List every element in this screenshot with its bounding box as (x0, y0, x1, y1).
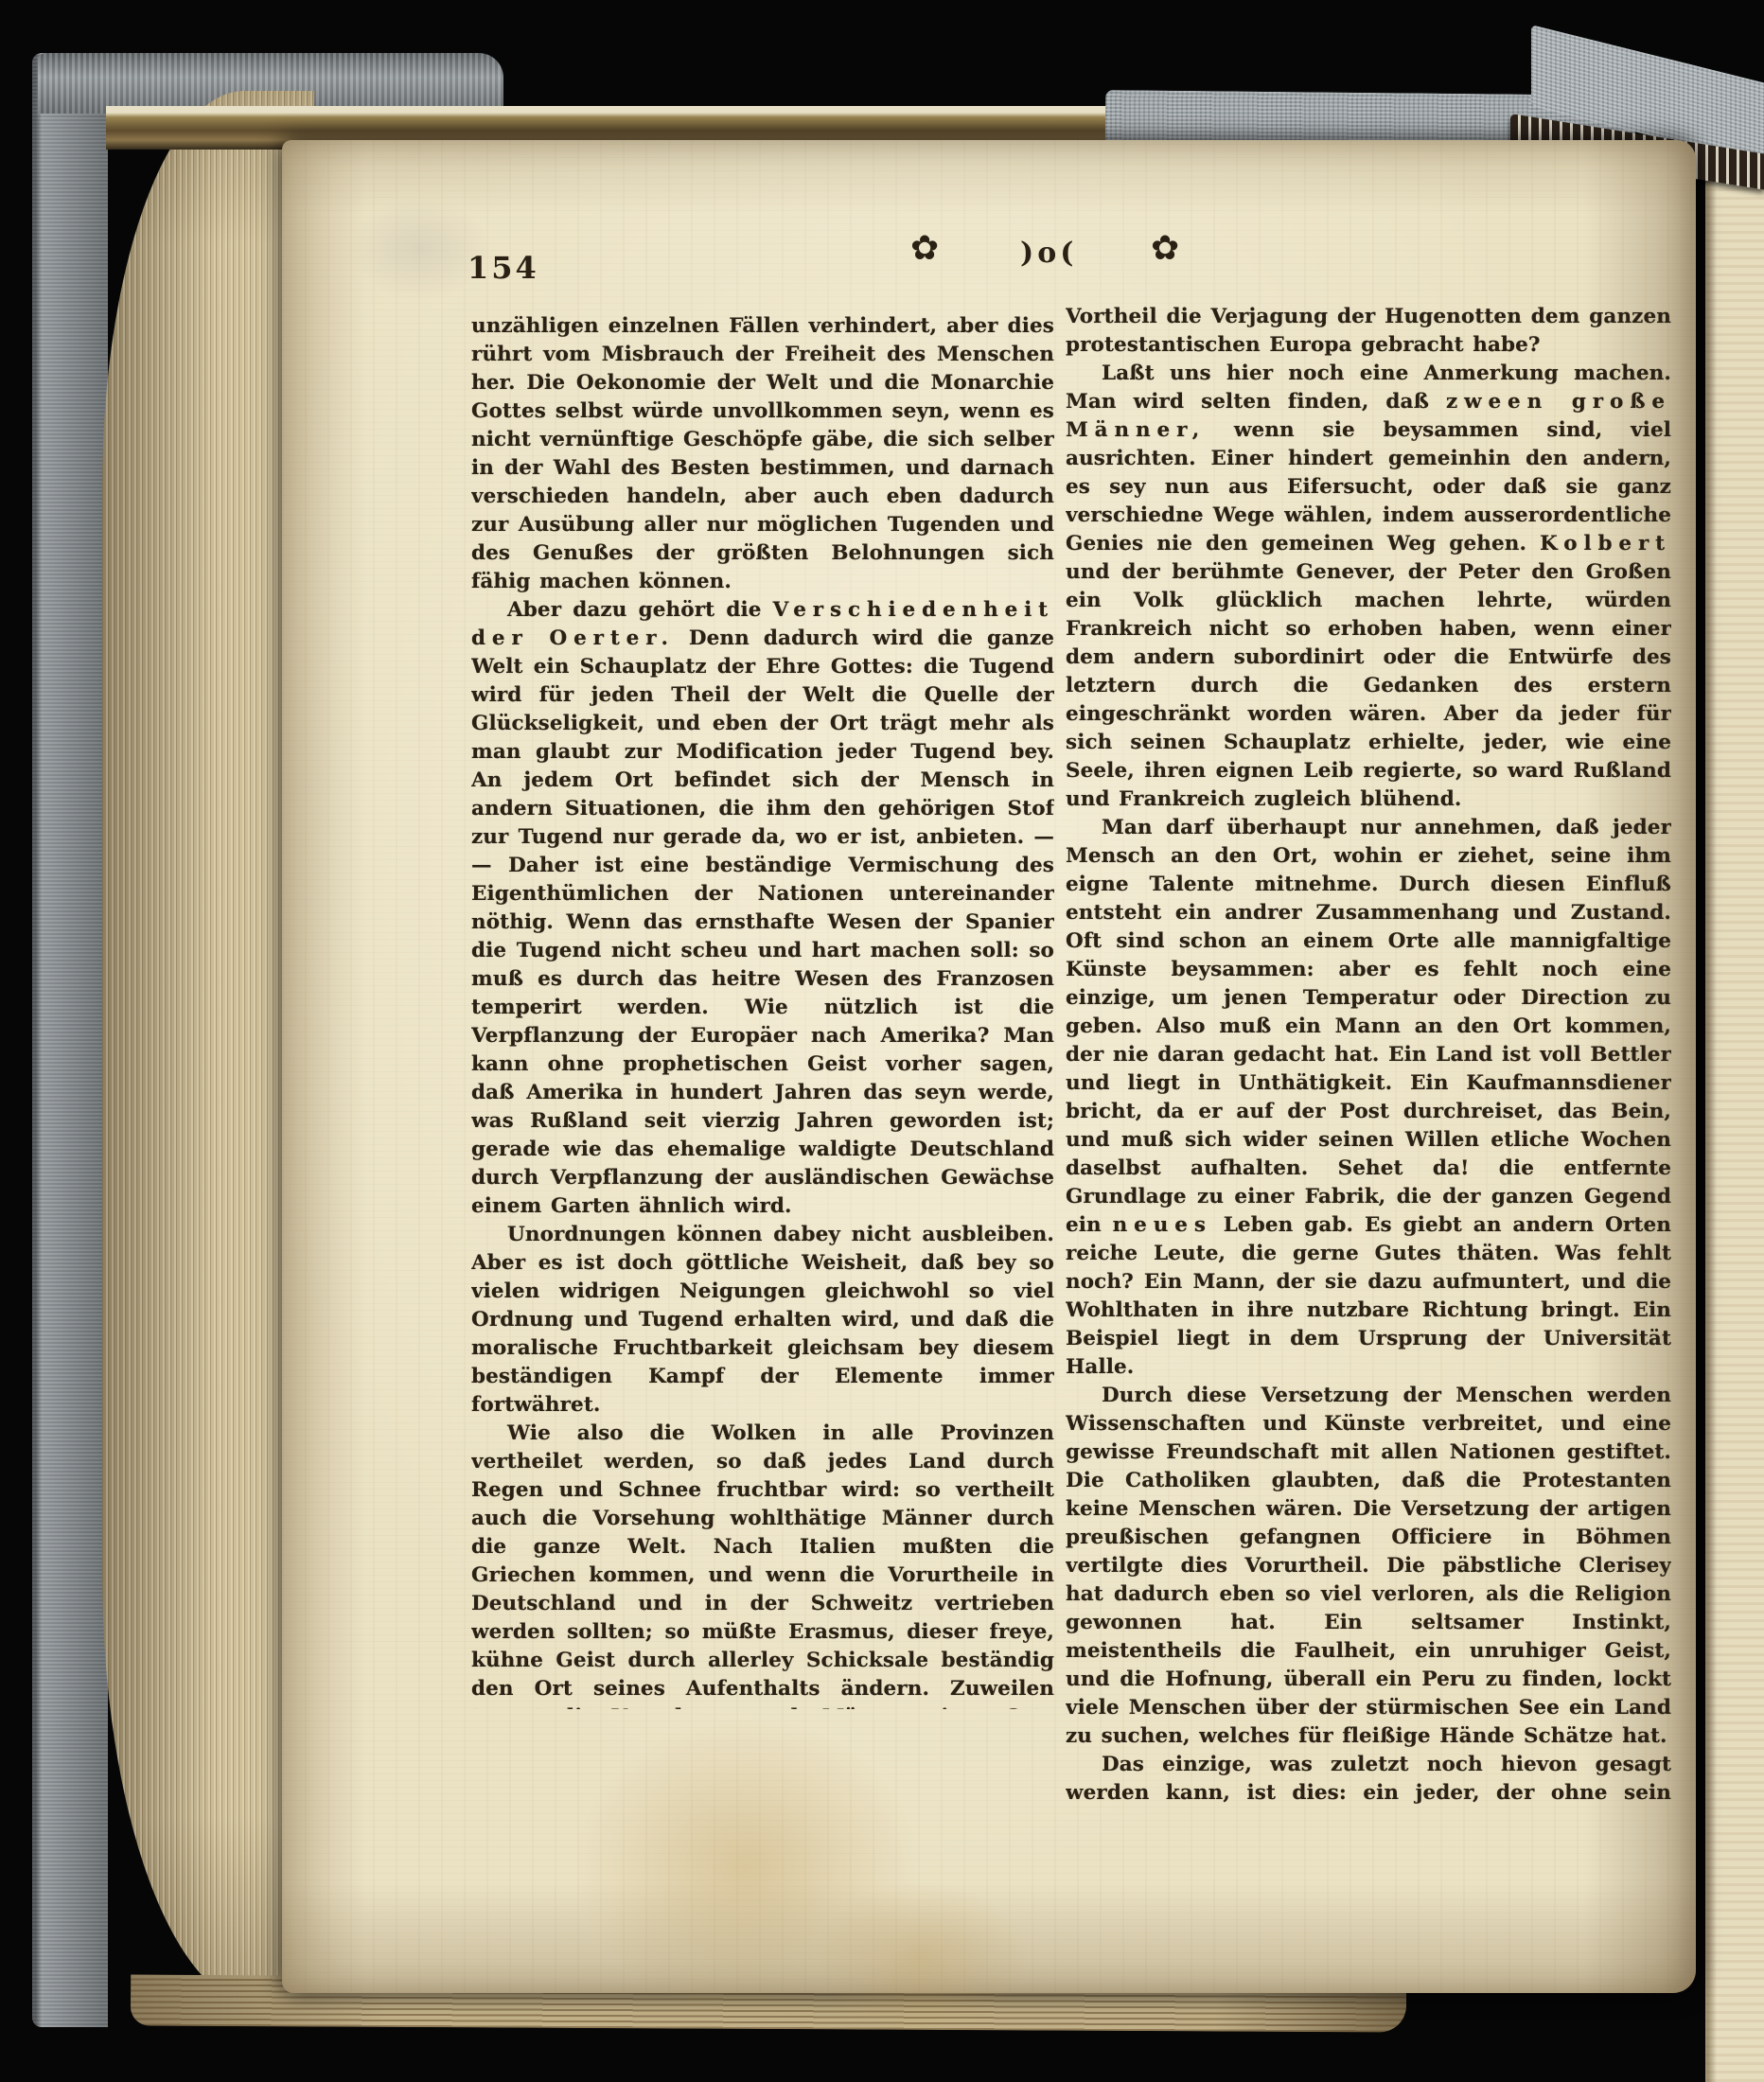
text-run: Vortheil die Verjagung der Hugenotten de… (1066, 305, 1671, 357)
emphasized-spaced-text: neues (1113, 1213, 1212, 1237)
text-run: Aber dazu gehört die (507, 598, 773, 622)
fleuron-ornament-right-icon: ✿ (1151, 229, 1179, 268)
text-run: Denn dadurch wird die ganze Welt ein Sch… (471, 626, 1054, 1218)
text-run: Durch diese Versetzung der Menschen werd… (1066, 1384, 1671, 1748)
paragraph: Aber dazu gehört die Verschiedenheit der… (471, 596, 1054, 1221)
paragraph: Durch diese Versetzung der Menschen werd… (1066, 1382, 1671, 1751)
facing-page-edge (1705, 112, 1764, 2082)
paragraph: Vortheil die Verjagung der Hugenotten de… (1066, 303, 1671, 360)
paragraph: Wie also die Wolken in alle Provinzen ve… (471, 1420, 1054, 1709)
text-column-left: unzähligen einzelnen Fällen verhindert, … (471, 312, 1054, 1709)
page-number: 154 (467, 250, 539, 286)
book-page: 154 ✿ )o( ✿ unzähligen einzelnen Fällen … (282, 140, 1696, 1993)
fleuron-ornament-left-icon: ✿ (910, 229, 939, 268)
text-run: und der berühmte Genever, der Peter den … (1066, 560, 1671, 811)
text-run: Unordnungen können dabey nicht ausbleibe… (471, 1223, 1054, 1417)
paragraph: Unordnungen können dabey nicht ausbleibe… (471, 1221, 1054, 1420)
paper-stain (566, 1711, 926, 2023)
text-run: Wie also die Wolken in alle Provinzen ve… (471, 1421, 1054, 1709)
header-separator: )o( (1020, 237, 1077, 270)
text-column-right: Vortheil die Verjagung der Hugenotten de… (1066, 303, 1671, 1808)
text-run: Das einzige, was zuletzt noch hievon ges… (1066, 1753, 1671, 1808)
paragraph: Das einzige, was zuletzt noch hievon ges… (1066, 1751, 1671, 1808)
book-cover-spine (32, 53, 108, 2027)
paragraph: Man darf überhaupt nur annehmen, daß jed… (1066, 814, 1671, 1382)
emphasized-spaced-text: Kolbert (1540, 532, 1671, 556)
text-run: unzähligen einzelnen Fällen verhindert, … (471, 314, 1054, 593)
paragraph: unzähligen einzelnen Fällen verhindert, … (471, 312, 1054, 596)
paragraph: Laßt uns hier noch eine Anmerkung machen… (1066, 360, 1671, 814)
text-run: Leben gab. Es giebt an andern Orten reic… (1066, 1213, 1671, 1379)
book-scan-scene: 154 ✿ )o( ✿ unzähligen einzelnen Fällen … (0, 0, 1764, 2082)
text-run: Man darf überhaupt nur annehmen, daß jed… (1066, 816, 1671, 1237)
